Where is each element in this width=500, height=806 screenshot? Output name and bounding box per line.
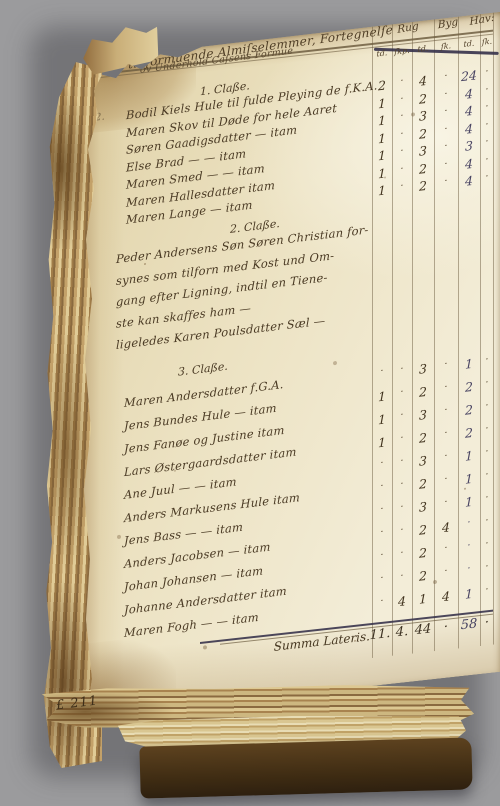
entry-cell: 4 (465, 85, 473, 101)
book-cover-edge (139, 737, 472, 798)
entry-cell: · (485, 101, 488, 112)
entry-cell: · (380, 481, 383, 492)
entry-cell: · (444, 158, 447, 169)
column-line (493, 13, 494, 645)
entry-cell: · (444, 451, 447, 462)
entry-cell: · (400, 547, 403, 558)
entry-cell: · (444, 359, 447, 370)
entry-cell: 3 (419, 108, 427, 124)
entry-cell: · (444, 106, 447, 117)
manuscript-page: Ey til formuende Almiſselemmer, Fortegne… (82, 12, 500, 718)
entry-cell: · (380, 527, 383, 538)
entry-cell: 1 (465, 586, 473, 602)
column-line (372, 26, 373, 658)
entry-cell: · (400, 128, 403, 139)
entry-cell: 2 (378, 77, 386, 93)
entry-cell: 1 (378, 95, 386, 111)
entry-cell: · (380, 458, 383, 469)
entry-cell: · (444, 176, 447, 187)
entry-cell: 2 (419, 476, 427, 492)
entry-cell: · (400, 110, 403, 121)
column-group-byg: Byg (437, 16, 458, 32)
entry-cell: 1 (378, 165, 386, 181)
entry-cell: · (485, 119, 488, 130)
column-unit: ſkp. (394, 46, 409, 57)
entry-cell: · (444, 71, 447, 82)
entry-cell: · (400, 363, 403, 374)
entry-cell: 1 (378, 434, 386, 450)
entry-cell: · (444, 88, 447, 99)
column-group-havre: Hav: (469, 12, 495, 28)
entry-cell: · (485, 515, 488, 526)
summary-cell: 58 (461, 616, 478, 633)
entry-cell: 1 (465, 494, 473, 510)
entry-cell: 1 (465, 471, 473, 487)
entry-cell: · (485, 154, 488, 165)
entry-cell: 3 (419, 361, 427, 377)
entry-cell: 1 (419, 591, 427, 607)
entry-cell: · (467, 540, 470, 551)
column-unit: ſk. (482, 37, 492, 47)
entry-cell: · (444, 497, 447, 508)
entry-cell: 2 (419, 90, 427, 106)
entry-cell: 2 (419, 178, 427, 194)
entry-cell: · (485, 84, 488, 95)
entry-cell: · (444, 123, 447, 134)
entry-cell: 1 (378, 182, 386, 198)
entry-cell: 1 (378, 388, 386, 404)
entry-cell: 2 (465, 402, 473, 418)
entry-cell: 1 (378, 112, 386, 128)
column-line (412, 21, 413, 653)
entry-cell: · (485, 136, 488, 147)
entry-cell: 3 (419, 143, 427, 159)
entry-cell: · (485, 584, 488, 595)
entry-cell: 4 (419, 73, 427, 89)
entry-cell: 1 (378, 130, 386, 146)
entry-cell: · (400, 432, 403, 443)
entry-cell: · (444, 382, 447, 393)
entry-cell: · (444, 566, 447, 577)
entry-cell: · (485, 400, 488, 411)
entry-cell: 4 (465, 103, 473, 119)
entry-cell: · (444, 405, 447, 416)
entry-cell: · (380, 366, 383, 377)
entry-cell: · (400, 163, 403, 174)
entry-cell: 4 (465, 173, 473, 189)
entry-name: Jens Bass — — itam (124, 520, 243, 548)
entry-cell: 4 (442, 588, 450, 604)
column-line (434, 19, 435, 651)
entry-name: Ane Juul — — itam (124, 474, 237, 501)
entry-cell: · (444, 428, 447, 439)
entry-cell: 2 (419, 568, 427, 584)
entry-cell: · (485, 377, 488, 388)
entry-cell: 3 (419, 499, 427, 515)
entry-cell: · (380, 504, 383, 515)
summary-cell: · (485, 615, 489, 630)
entry-cell: · (380, 573, 383, 584)
entry-cell: · (485, 354, 488, 365)
column-line (458, 16, 459, 648)
summary-cell: 44 (415, 621, 432, 638)
entry-cell: 2 (419, 384, 427, 400)
column-unit: td. (377, 48, 388, 58)
entry-cell: · (485, 469, 488, 480)
column-unit: ſk. (441, 41, 451, 51)
entry-cell: · (380, 550, 383, 561)
entry-cell: 1 (465, 356, 473, 372)
entry-cell: · (467, 517, 470, 528)
entry-cell: · (485, 66, 488, 77)
entry-cell: · (485, 423, 488, 434)
entry-cell: · (400, 478, 403, 489)
section-heading: 3. Claße. (178, 360, 228, 379)
entry-cell: 24 (461, 67, 477, 84)
entry-cell: 4 (465, 155, 473, 171)
entry-cell: · (485, 446, 488, 457)
entry-cell: · (400, 145, 403, 156)
entry-cell: 4 (465, 120, 473, 136)
entry-cell: 3 (419, 453, 427, 469)
entry-cell: 3 (419, 407, 427, 423)
entry-cell: 2 (419, 522, 427, 538)
column-line (392, 24, 393, 656)
entry-cell: 2 (465, 379, 473, 395)
entry-cell: · (400, 570, 403, 581)
entry-cell: · (400, 455, 403, 466)
entry-cell: · (400, 501, 403, 512)
column-unit: td. (464, 39, 475, 49)
entry-cell: 2 (465, 425, 473, 441)
entry-cell: 2 (419, 160, 427, 176)
entry-cell: · (400, 409, 403, 420)
column-unit: td. (418, 44, 429, 54)
entry-cell: 3 (465, 138, 473, 154)
summary-cell: 4. (396, 624, 408, 640)
entry-cell: 1 (378, 147, 386, 163)
entry-cell: · (444, 474, 447, 485)
entry-cell: · (400, 524, 403, 535)
book-photograph: Ey til formuende Almiſselemmer, Fortegne… (0, 0, 500, 806)
entry-cell: · (444, 141, 447, 152)
column-line (480, 14, 481, 646)
entry-cell: · (400, 180, 403, 191)
entry-cell: 1 (465, 448, 473, 464)
entry-cell: · (400, 386, 403, 397)
entry-cell: 4 (398, 593, 406, 609)
summary-cell: 11. (370, 626, 391, 643)
entry-cell: 1 (378, 411, 386, 427)
entry-cell: · (485, 561, 488, 572)
entry-cell: 2 (419, 545, 427, 561)
entry-cell: · (485, 171, 488, 182)
column-group-rug: Rug (397, 20, 419, 36)
entry-cell: · (400, 75, 403, 86)
entry-cell: · (444, 543, 447, 554)
entry-cell: 2 (419, 125, 427, 141)
entry-cell: · (380, 596, 383, 607)
entry-cell: · (400, 93, 403, 104)
entry-cell: · (467, 563, 470, 574)
summary-cell: · (444, 620, 448, 635)
entry-cell: 2 (419, 430, 427, 446)
entry-cell: · (485, 538, 488, 549)
entry-cell: · (485, 492, 488, 503)
entry-cell: 4 (442, 519, 450, 535)
